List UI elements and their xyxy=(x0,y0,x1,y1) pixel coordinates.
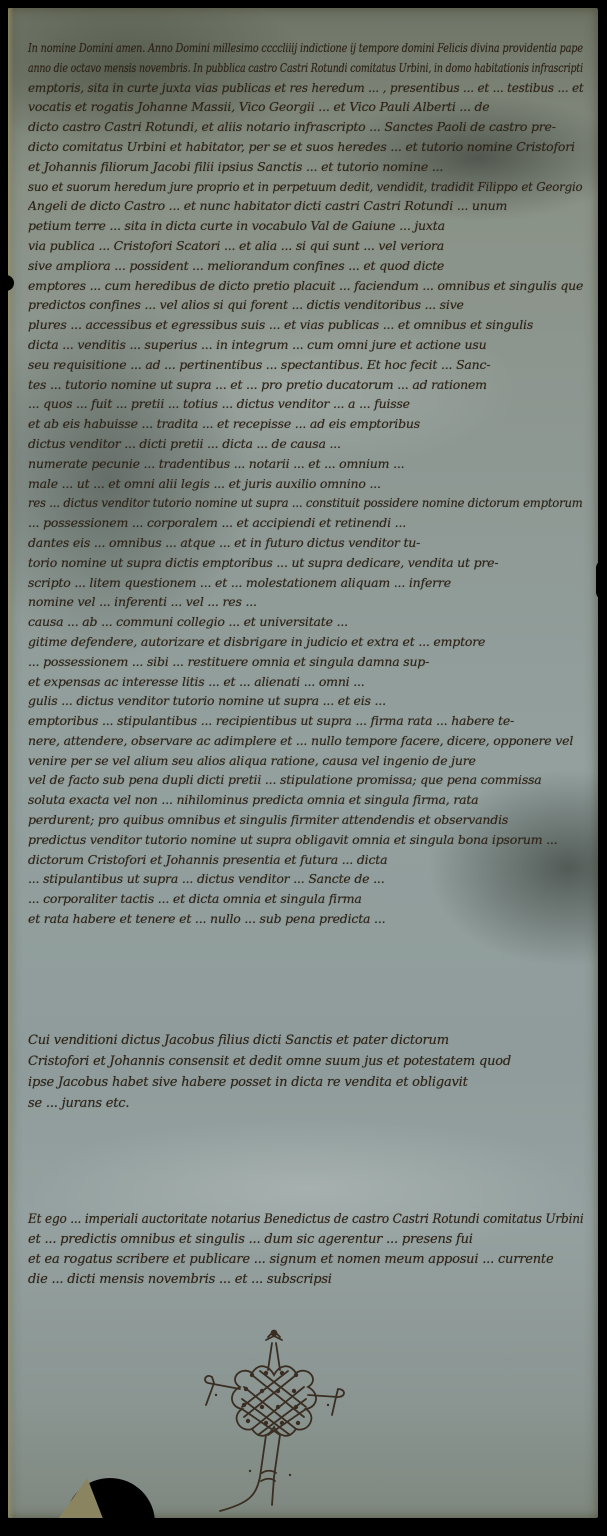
manuscript-line: numerate pecunie ... tradentibus ... not… xyxy=(28,454,583,474)
manuscript-line: venire per se vel alium seu alios aliqua… xyxy=(28,751,583,771)
subscription-line: Et ego ... imperiali auctoritate notariu… xyxy=(28,1210,544,1230)
manuscript-line: tes ... tutorio nomine ut supra ... et .… xyxy=(28,375,583,395)
manuscript-line: et rata habere et tenere et ... nullo ..… xyxy=(28,909,583,929)
subscription-line: et ea rogatus scribere et publicare ... … xyxy=(28,1250,583,1270)
manuscript-line: anno die octavo mensis novembris. In pub… xyxy=(28,58,446,78)
manuscript-line: dictus venditor ... dicti pretii ... dic… xyxy=(28,434,583,454)
manuscript-line: seu requisitione ... ad ... pertinentibu… xyxy=(28,355,583,375)
manuscript-line: res ... dictus venditor tutorio nomine u… xyxy=(28,493,543,513)
manuscript-line: emptoribus ... stipulantibus ... recipie… xyxy=(28,711,583,731)
manuscript-line: ... stipulantibus ut supra ... dictus ve… xyxy=(28,869,583,889)
manuscript-line: nere, attendere, observare ac adimplere … xyxy=(28,731,583,751)
manuscript-line: nomine vel ... inferenti ... vel ... res… xyxy=(28,592,583,612)
manuscript-line: vocatis et rogatis Johanne Massii, Vico … xyxy=(28,97,583,117)
parchment-tear xyxy=(596,560,607,600)
manuscript-line: sive ampliora ... possident ... melioran… xyxy=(28,256,583,276)
manuscript-line: predictos confines ... vel alios si qui … xyxy=(28,295,583,315)
manuscript-line: gulis ... dictus venditor tutorio nomine… xyxy=(28,691,583,711)
manuscript-line: et expensas ac interesse litis ... et ..… xyxy=(28,672,583,692)
manuscript-line: dicto castro Castri Rotundi, et aliis no… xyxy=(28,117,583,137)
manuscript-line: ... corporaliter tactis ... et dicta omn… xyxy=(28,889,583,909)
manuscript-line: emptores ... cum heredibus de dicto pret… xyxy=(28,276,582,296)
manuscript-line: In nomine Domini amen. Anno Domini mille… xyxy=(28,38,457,58)
manuscript-line: petium terre ... sita in dicta curte in … xyxy=(28,216,583,236)
manuscript-line: ... quos ... fuit ... pretii ... totius … xyxy=(28,394,583,414)
manuscript-line: perdurent; pro quibus omnibus et singuli… xyxy=(28,810,583,830)
manuscript-line: dictorum Cristofori et Johannis presenti… xyxy=(28,850,583,870)
manuscript-line: vel de facto sub pena dupli dicti pretii… xyxy=(28,770,583,790)
consent-line: ipse Jacobus habet sive habere posset in… xyxy=(28,1072,583,1093)
manuscript-line: emptoris, sita in curte juxta vias publi… xyxy=(28,78,560,98)
manuscript-line: gitime defendere, autorizare et disbriga… xyxy=(28,632,583,652)
consent-paragraph: Cui venditioni dictus Jacobus filius dic… xyxy=(28,1030,583,1114)
manuscript-line: causa ... ab ... communi collegio ... et… xyxy=(28,612,583,632)
notarial-signum-icon xyxy=(200,1325,370,1525)
consent-line: Cui venditioni dictus Jacobus filius dic… xyxy=(28,1030,583,1051)
manuscript-line: ... possessionem ... corporalem ... et a… xyxy=(28,513,583,533)
subscription-line: die ... dicti mensis novembris ... et ..… xyxy=(28,1270,583,1290)
manuscript-line: plures ... accessibus et egressibus suis… xyxy=(28,315,583,335)
manuscript-line: Angeli de dicto Castro ... et nunc habit… xyxy=(28,196,583,216)
manuscript-line: scripto ... litem questionem ... et ... … xyxy=(28,573,583,593)
parchment-edge xyxy=(8,8,14,1518)
main-text-block: In nomine Domini amen. Anno Domini mille… xyxy=(28,38,583,929)
manuscript-line: et ab eis habuisse ... tradita ... et re… xyxy=(28,414,583,434)
manuscript-line: et Johannis filiorum Jacobi filii ipsius… xyxy=(28,157,583,177)
notarial-subscription: Et ego ... imperiali auctoritate notariu… xyxy=(28,1210,583,1290)
manuscript-line: predictus venditor tutorio nomine ut sup… xyxy=(28,830,583,850)
manuscript-line: ... possessionem ... sibi ... restituere… xyxy=(28,652,583,672)
manuscript-line: dicto comitatus Urbini et habitator, per… xyxy=(28,137,583,157)
manuscript-line: soluta exacta vel non ... nihilominus pr… xyxy=(28,790,583,810)
manuscript-line: suo et suorum heredum jure proprio et in… xyxy=(28,177,551,197)
manuscript-line: torio nomine ut supra dictis emptoribus … xyxy=(28,553,583,573)
consent-line: se ... jurans etc. xyxy=(28,1093,583,1114)
consent-line: Cristofori et Johannis consensit et dedi… xyxy=(28,1051,583,1072)
manuscript-line: dicta ... venditis ... superius ... in i… xyxy=(28,335,583,355)
manuscript-line: via publica ... Cristofori Scatori ... e… xyxy=(28,236,583,256)
manuscript-line: dantes eis ... omnibus ... atque ... et … xyxy=(28,533,583,553)
manuscript-line: male ... ut ... et omni alii legis ... e… xyxy=(28,474,583,494)
subscription-line: et ... predictis omnibus et singulis ...… xyxy=(28,1230,583,1250)
